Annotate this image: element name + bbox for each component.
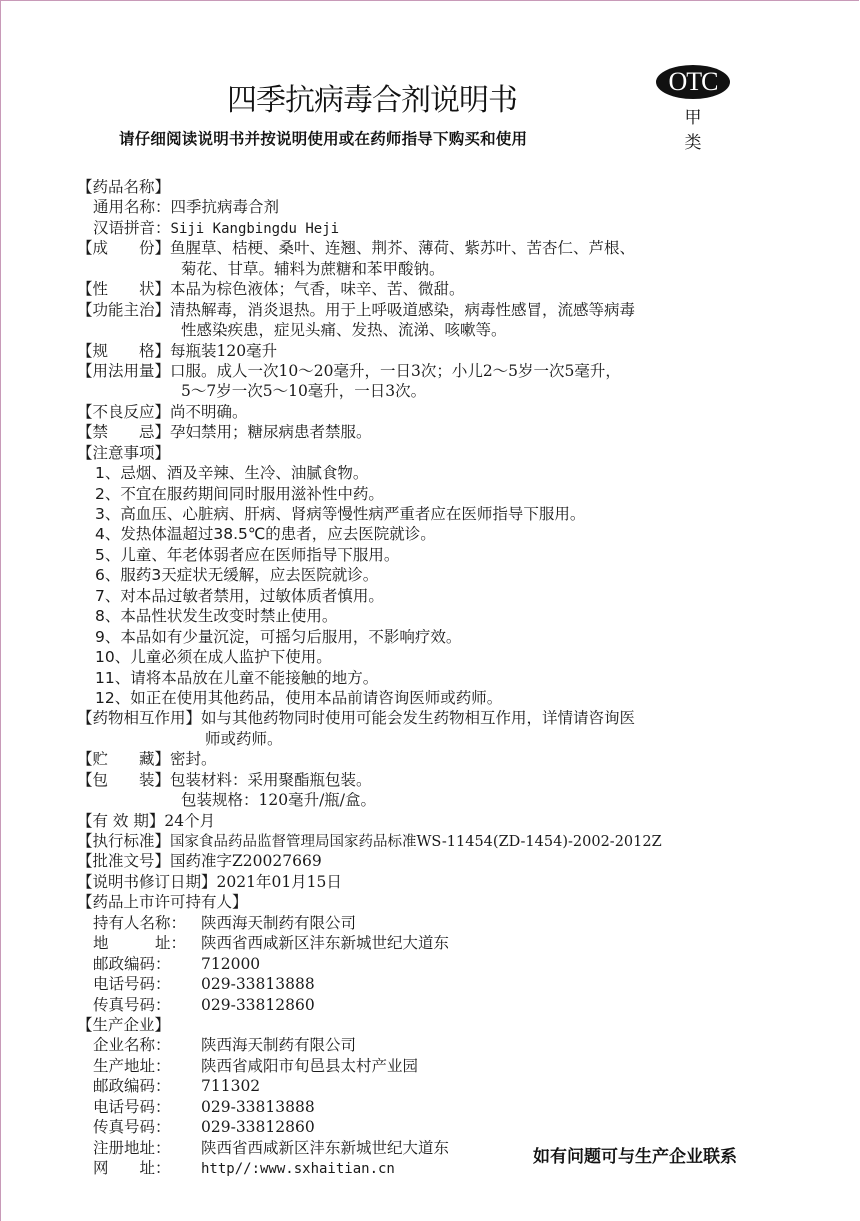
contact-manufacturer-note: 如有问题可与生产企业联系 — [533, 1145, 813, 1169]
package-label: 【包 装】 — [77, 771, 170, 789]
holder-field-value: 029-33812860 — [201, 996, 315, 1014]
leaflet-body: 【药品名称】 通用名称：四季抗病毒合剂 汉语拼音：Siji Kangbingdu… — [77, 177, 797, 1178]
manufacturer-field-key: 生产地址： — [93, 1056, 201, 1076]
specification-row: 【规 格】每瓶装120毫升 — [77, 341, 797, 361]
dosage-row: 【用法用量】口服。成人一次10～20毫升，一日3次；小儿2～5岁一次5毫升， — [77, 361, 797, 381]
manufacturer-field-value: 711302 — [201, 1077, 260, 1095]
interactions-row: 【药物相互作用】如与其他药物同时使用可能会发生药物相互作用，详情请咨询医 — [77, 708, 797, 728]
otc-class-label: 甲 类 — [653, 103, 733, 153]
reading-advisory: 请仔细阅读说明书并按说明使用或在药师指导下购买和使用 — [119, 128, 659, 150]
manufacturer-field: 邮政编码：711302 — [77, 1076, 797, 1096]
package-line-2: 包装规格：120毫升/瓶/盒。 — [77, 790, 797, 810]
holder-field: 传真号码：029-33812860 — [77, 995, 797, 1015]
interactions-line-1: 如与其他药物同时使用可能会发生药物相互作用，详情请咨询医 — [201, 709, 635, 727]
manufacturer-field-value: 陕西省咸阳市旬邑县太村产业园 — [201, 1057, 418, 1075]
indications-line-2: 性感染疾患，症见头痛、发热、流涕、咳嗽等。 — [77, 320, 797, 340]
approval-row: 【批准文号】国药准字Z20027669 — [77, 851, 797, 871]
website-link[interactable]: http//:www.sxhaitian.cn — [201, 1161, 395, 1177]
generic-name-row: 通用名称：四季抗病毒合剂 — [77, 197, 797, 217]
sans-block: 【禁 忌】孕妇禁用；糖尿病患者禁服。 【注意事项】 1、忌烟、酒及辛辣、生冷、油… — [77, 422, 797, 708]
manufacturer-field-value: 029-33812860 — [201, 1118, 315, 1136]
dosage-label: 【用法用量】 — [77, 362, 170, 380]
precaution-item: 5、儿童、年老体弱者应在医师指导下服用。 — [77, 545, 797, 565]
dosage-line-2: 5～7岁一次5～10毫升，一日3次。 — [77, 381, 797, 401]
adverse-reactions-row: 【不良反应】尚不明确。 — [77, 402, 797, 422]
manufacturer-field-key: 企业名称： — [93, 1035, 201, 1055]
contraindications-value: 孕妇禁用；糖尿病患者禁服。 — [170, 423, 372, 441]
precaution-item: 8、本品性状发生改变时禁止使用。 — [77, 606, 797, 626]
manufacturer-field-key: 注册地址： — [93, 1138, 201, 1158]
manufacturer-field: 生产地址：陕西省咸阳市旬邑县太村产业园 — [77, 1056, 797, 1076]
holder-field-value: 陕西海天制药有限公司 — [201, 914, 356, 932]
revision-date-row: 【说明书修订日期】2021年01月15日 — [77, 872, 797, 892]
storage-value: 密封。 — [170, 750, 217, 768]
manufacturer-field: 企业名称：陕西海天制药有限公司 — [77, 1035, 797, 1055]
holder-field: 持有人名称：陕西海天制药有限公司 — [77, 913, 797, 933]
indications-line-1: 清热解毒，消炎退热。用于上呼吸道感染，病毒性感冒，流感等病毒 — [170, 301, 635, 319]
ingredients-line-1: 鱼腥草、桔梗、桑叶、连翘、荆芥、薄荷、紫苏叶、苦杏仁、芦根、 — [170, 239, 635, 257]
holder-field-key: 持有人名称： — [93, 913, 201, 933]
interactions-line-2: 师或药师。 — [77, 729, 797, 749]
appearance-row: 【性 状】本品为棕色液体；气香，味辛、苦、微甜。 — [77, 279, 797, 299]
section-drug-name-heading: 【药品名称】 — [77, 177, 797, 197]
holder-field-key: 邮政编码： — [93, 954, 201, 974]
adverse-reactions-value: 尚不明确。 — [170, 403, 248, 421]
otc-oval-icon: OTC — [656, 65, 730, 99]
specification-value: 每瓶装120毫升 — [170, 342, 277, 360]
manufacturer-field-key: 传真号码： — [93, 1117, 201, 1137]
standard-value: 国家食品药品监督管理局国家药品标准WS-11454(ZD-1454)-2002-… — [170, 834, 662, 850]
generic-name-label: 通用名称： — [93, 198, 171, 216]
holder-heading: 【药品上市许可持有人】 — [77, 892, 797, 912]
contraindications-row: 【禁 忌】孕妇禁用；糖尿病患者禁服。 — [77, 422, 797, 442]
shelf-life-label: 【有 效 期】 — [77, 812, 164, 830]
manufacturer-field-key: 电话号码： — [93, 1097, 201, 1117]
storage-label: 【贮 藏】 — [77, 750, 170, 768]
holder-field: 邮政编码：712000 — [77, 954, 797, 974]
precaution-item: 1、忌烟、酒及辛辣、生冷、油腻食物。 — [77, 463, 797, 483]
ingredients-row: 【成 份】鱼腥草、桔梗、桑叶、连翘、荆芥、薄荷、紫苏叶、苦杏仁、芦根、 — [77, 238, 797, 258]
manufacturer-field-value: 029-33813888 — [201, 1098, 315, 1116]
precaution-item: 2、不宜在服药期间同时服用滋补性中药。 — [77, 484, 797, 504]
holder-field-value: 陕西省西咸新区沣东新城世纪大道东 — [201, 934, 449, 952]
page-title: 四季抗病毒合剂说明书 — [227, 81, 567, 121]
generic-name-value: 四季抗病毒合剂 — [171, 198, 280, 216]
precaution-item: 4、发热体温超过38.5℃的患者，应去医院就诊。 — [77, 524, 797, 544]
indications-label: 【功能主治】 — [77, 301, 170, 319]
manufacturer-field-key: 邮政编码： — [93, 1076, 201, 1096]
pinyin-value: Siji Kangbingdu Heji — [171, 221, 340, 237]
precaution-item: 7、对本品过敏者禁用，过敏体质者慎用。 — [77, 586, 797, 606]
appearance-value: 本品为棕色液体；气香，味辛、苦、微甜。 — [170, 280, 465, 298]
contraindications-label: 【禁 忌】 — [77, 423, 170, 441]
standard-label: 【执行标准】 — [77, 832, 170, 850]
dosage-line-1: 口服。成人一次10～20毫升，一日3次；小儿2～5岁一次5毫升， — [170, 362, 621, 380]
revision-date-value: 2021年01月15日 — [217, 873, 342, 891]
approval-label: 【批准文号】 — [77, 852, 170, 870]
holder-field: 电话号码：029-33813888 — [77, 974, 797, 994]
package-row: 【包 装】包装材料：采用聚酯瓶包装。 — [77, 770, 797, 790]
precaution-item: 10、儿童必须在成人监护下使用。 — [77, 647, 797, 667]
precaution-item: 3、高血压、心脏病、肝病、肾病等慢性病严重者应在医师指导下服用。 — [77, 504, 797, 524]
specification-label: 【规 格】 — [77, 342, 170, 360]
manufacturer-field: 传真号码：029-33812860 — [77, 1117, 797, 1137]
precaution-item: 9、本品如有少量沉淀，可摇匀后服用，不影响疗效。 — [77, 627, 797, 647]
manufacturer-field-value: 陕西海天制药有限公司 — [201, 1036, 356, 1054]
precautions-heading: 【注意事项】 — [77, 443, 797, 463]
manufacturer-heading: 【生产企业】 — [77, 1015, 797, 1035]
manufacturer-field-value: 陕西省西咸新区沣东新城世纪大道东 — [201, 1139, 449, 1157]
shelf-life-value: 24个月 — [164, 812, 215, 830]
holder-field-value: 029-33813888 — [201, 975, 315, 993]
revision-date-label: 【说明书修订日期】 — [77, 873, 217, 891]
precaution-item: 6、服药3天症状无缓解，应去医院就诊。 — [77, 565, 797, 585]
manufacturer-field: 电话号码：029-33813888 — [77, 1097, 797, 1117]
appearance-label: 【性 状】 — [77, 280, 170, 298]
leaflet-page: 四季抗病毒合剂说明书 请仔细阅读说明书并按说明使用或在药师指导下购买和使用 OT… — [0, 0, 859, 1221]
ingredients-line-2: 菊花、甘草。辅料为蔗糖和苯甲酸钠。 — [77, 259, 797, 279]
shelf-life-row: 【有 效 期】24个月 — [77, 811, 797, 831]
package-line-1: 包装材料：采用聚酯瓶包装。 — [170, 771, 372, 789]
holder-field-key: 地 址： — [93, 933, 201, 953]
ingredients-label: 【成 份】 — [77, 239, 170, 257]
otc-badge: OTC 甲 类 — [653, 65, 735, 131]
pinyin-label: 汉语拼音： — [93, 219, 171, 237]
holder-field-key: 传真号码： — [93, 995, 201, 1015]
storage-row: 【贮 藏】密封。 — [77, 749, 797, 769]
precaution-item: 12、如正在使用其他药品，使用本品前请咨询医师或药师。 — [77, 688, 797, 708]
pinyin-row: 汉语拼音：Siji Kangbingdu Heji — [77, 218, 797, 238]
approval-value: 国药准字Z20027669 — [170, 852, 322, 870]
holder-field-key: 电话号码： — [93, 974, 201, 994]
holder-field: 地 址：陕西省西咸新区沣东新城世纪大道东 — [77, 933, 797, 953]
adverse-reactions-label: 【不良反应】 — [77, 403, 170, 421]
indications-row: 【功能主治】清热解毒，消炎退热。用于上呼吸道感染，病毒性感冒，流感等病毒 — [77, 300, 797, 320]
manufacturer-field-key: 网 址： — [93, 1158, 201, 1178]
interactions-label: 【药物相互作用】 — [77, 709, 201, 727]
precaution-item: 11、请将本品放在儿童不能接触的地方。 — [77, 668, 797, 688]
standard-row: 【执行标准】国家食品药品监督管理局国家药品标准WS-11454(ZD-1454)… — [77, 831, 797, 851]
holder-field-value: 712000 — [201, 955, 260, 973]
